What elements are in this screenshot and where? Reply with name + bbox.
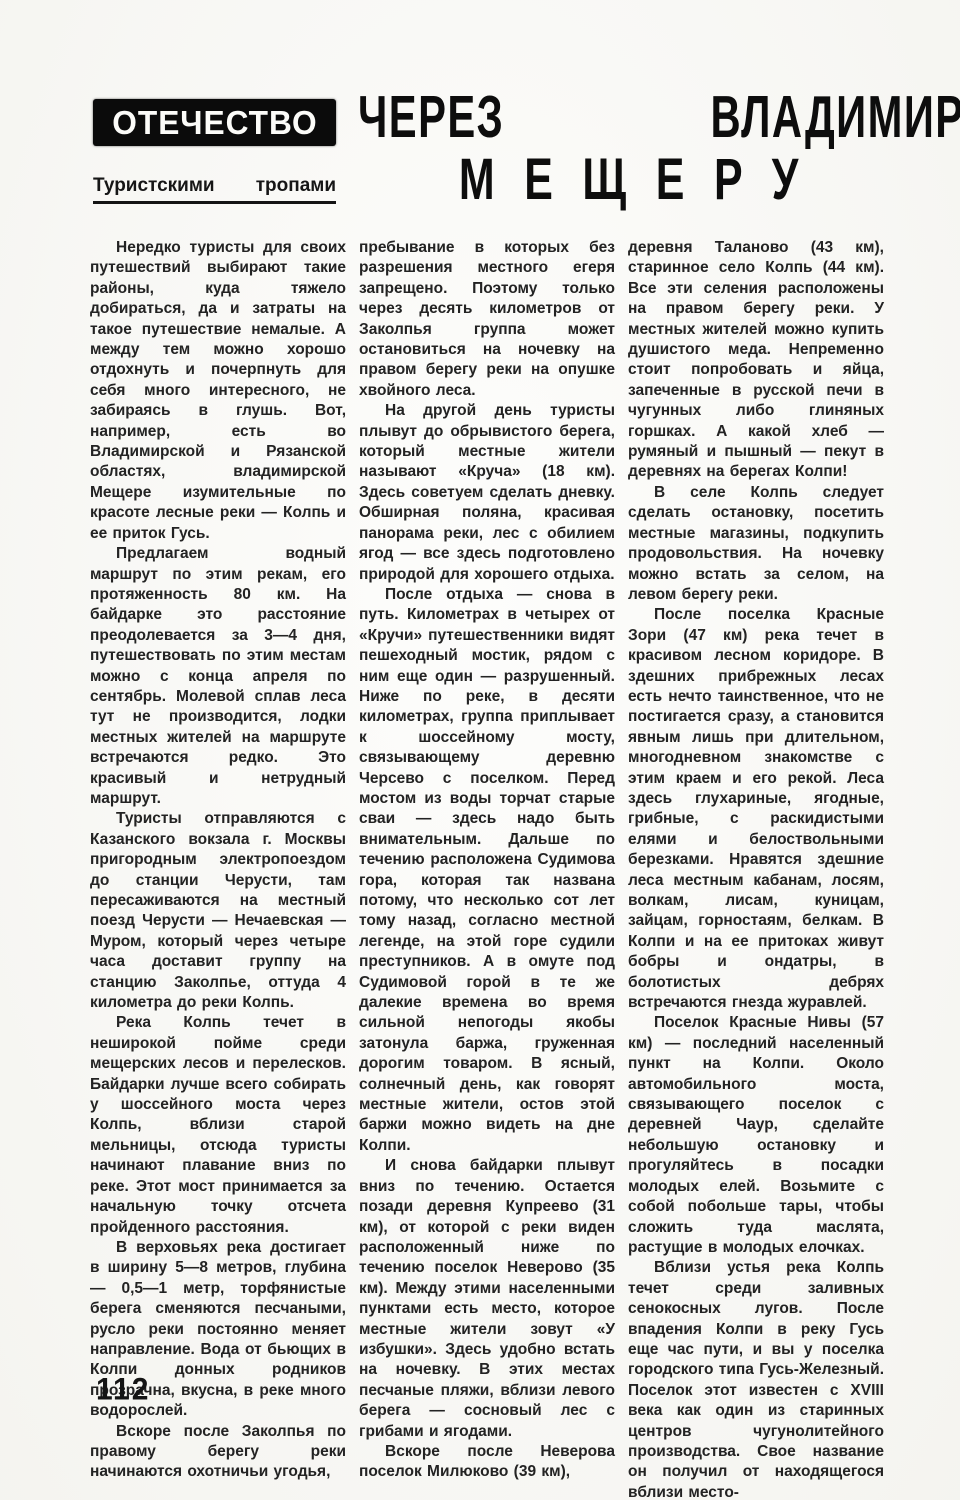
title-word-meshcheru: МЕЩЕРУ [458,150,827,210]
paragraph: деревня Таланово (43 км), старинное село… [628,238,884,483]
paragraph: Предлагаем водный маршрут по этим рекам,… [90,544,346,809]
title-word-cherez: ЧЕРЕЗ [358,88,504,147]
paragraph: После отдыха — снова в путь. Километрах … [359,585,615,1156]
page-number: 112 [96,1372,150,1408]
paragraph: Вблизи устья река Колпь течет среди зали… [628,1258,884,1500]
subrubric-rule [93,201,336,204]
subrubric-word-1: Туристскими [93,175,215,197]
paragraph: В селе Колпь следует сделать остановку, … [628,483,884,605]
article-title-line1: ЧЕРЕЗ ВЛАДИМИРСКУЮ [358,88,888,146]
paragraph: Туристы отправляются с Казанского вокзал… [90,809,346,1013]
title-word-vladimirskuyu: ВЛАДИМИРСКУЮ [711,88,960,147]
paragraph: После поселка Красные Зори (47 км) река … [628,605,884,1013]
paragraph: Река Колпь течет в неширокой пойме среди… [90,1013,346,1237]
paragraph: пребывание в которых без разрешения мест… [359,238,615,401]
article-title-line2: МЕЩЕРУ [358,150,888,212]
text-column-1: Нередко туристы для своих путешествий вы… [90,238,346,1500]
subrubric: Туристскими тропами [93,175,336,197]
rubric-box: ОТЕЧЕСТВО [93,99,336,146]
article-body: Нередко туристы для своих путешествий вы… [90,238,884,1500]
rubric-label: ОТЕЧЕСТВО [112,103,317,142]
paragraph: Поселок Красные Нивы (57 км) — последний… [628,1013,884,1258]
paragraph: Вскоре после Заколпья по правому берегу … [90,1422,346,1483]
paragraph: Вскоре после Неверова поселок Милюково (… [359,1442,615,1483]
text-column-3: деревня Таланово (43 км), старинное село… [628,238,884,1500]
paragraph: Нередко туристы для своих путешествий вы… [90,238,346,544]
paragraph: И снова байдарки плывут вниз по течению.… [359,1156,615,1442]
subrubric-word-2: тропами [256,175,336,197]
text-column-2: пребывание в которых без разрешения мест… [359,238,615,1500]
paragraph: На другой день туристы плывут до обрывис… [359,401,615,585]
